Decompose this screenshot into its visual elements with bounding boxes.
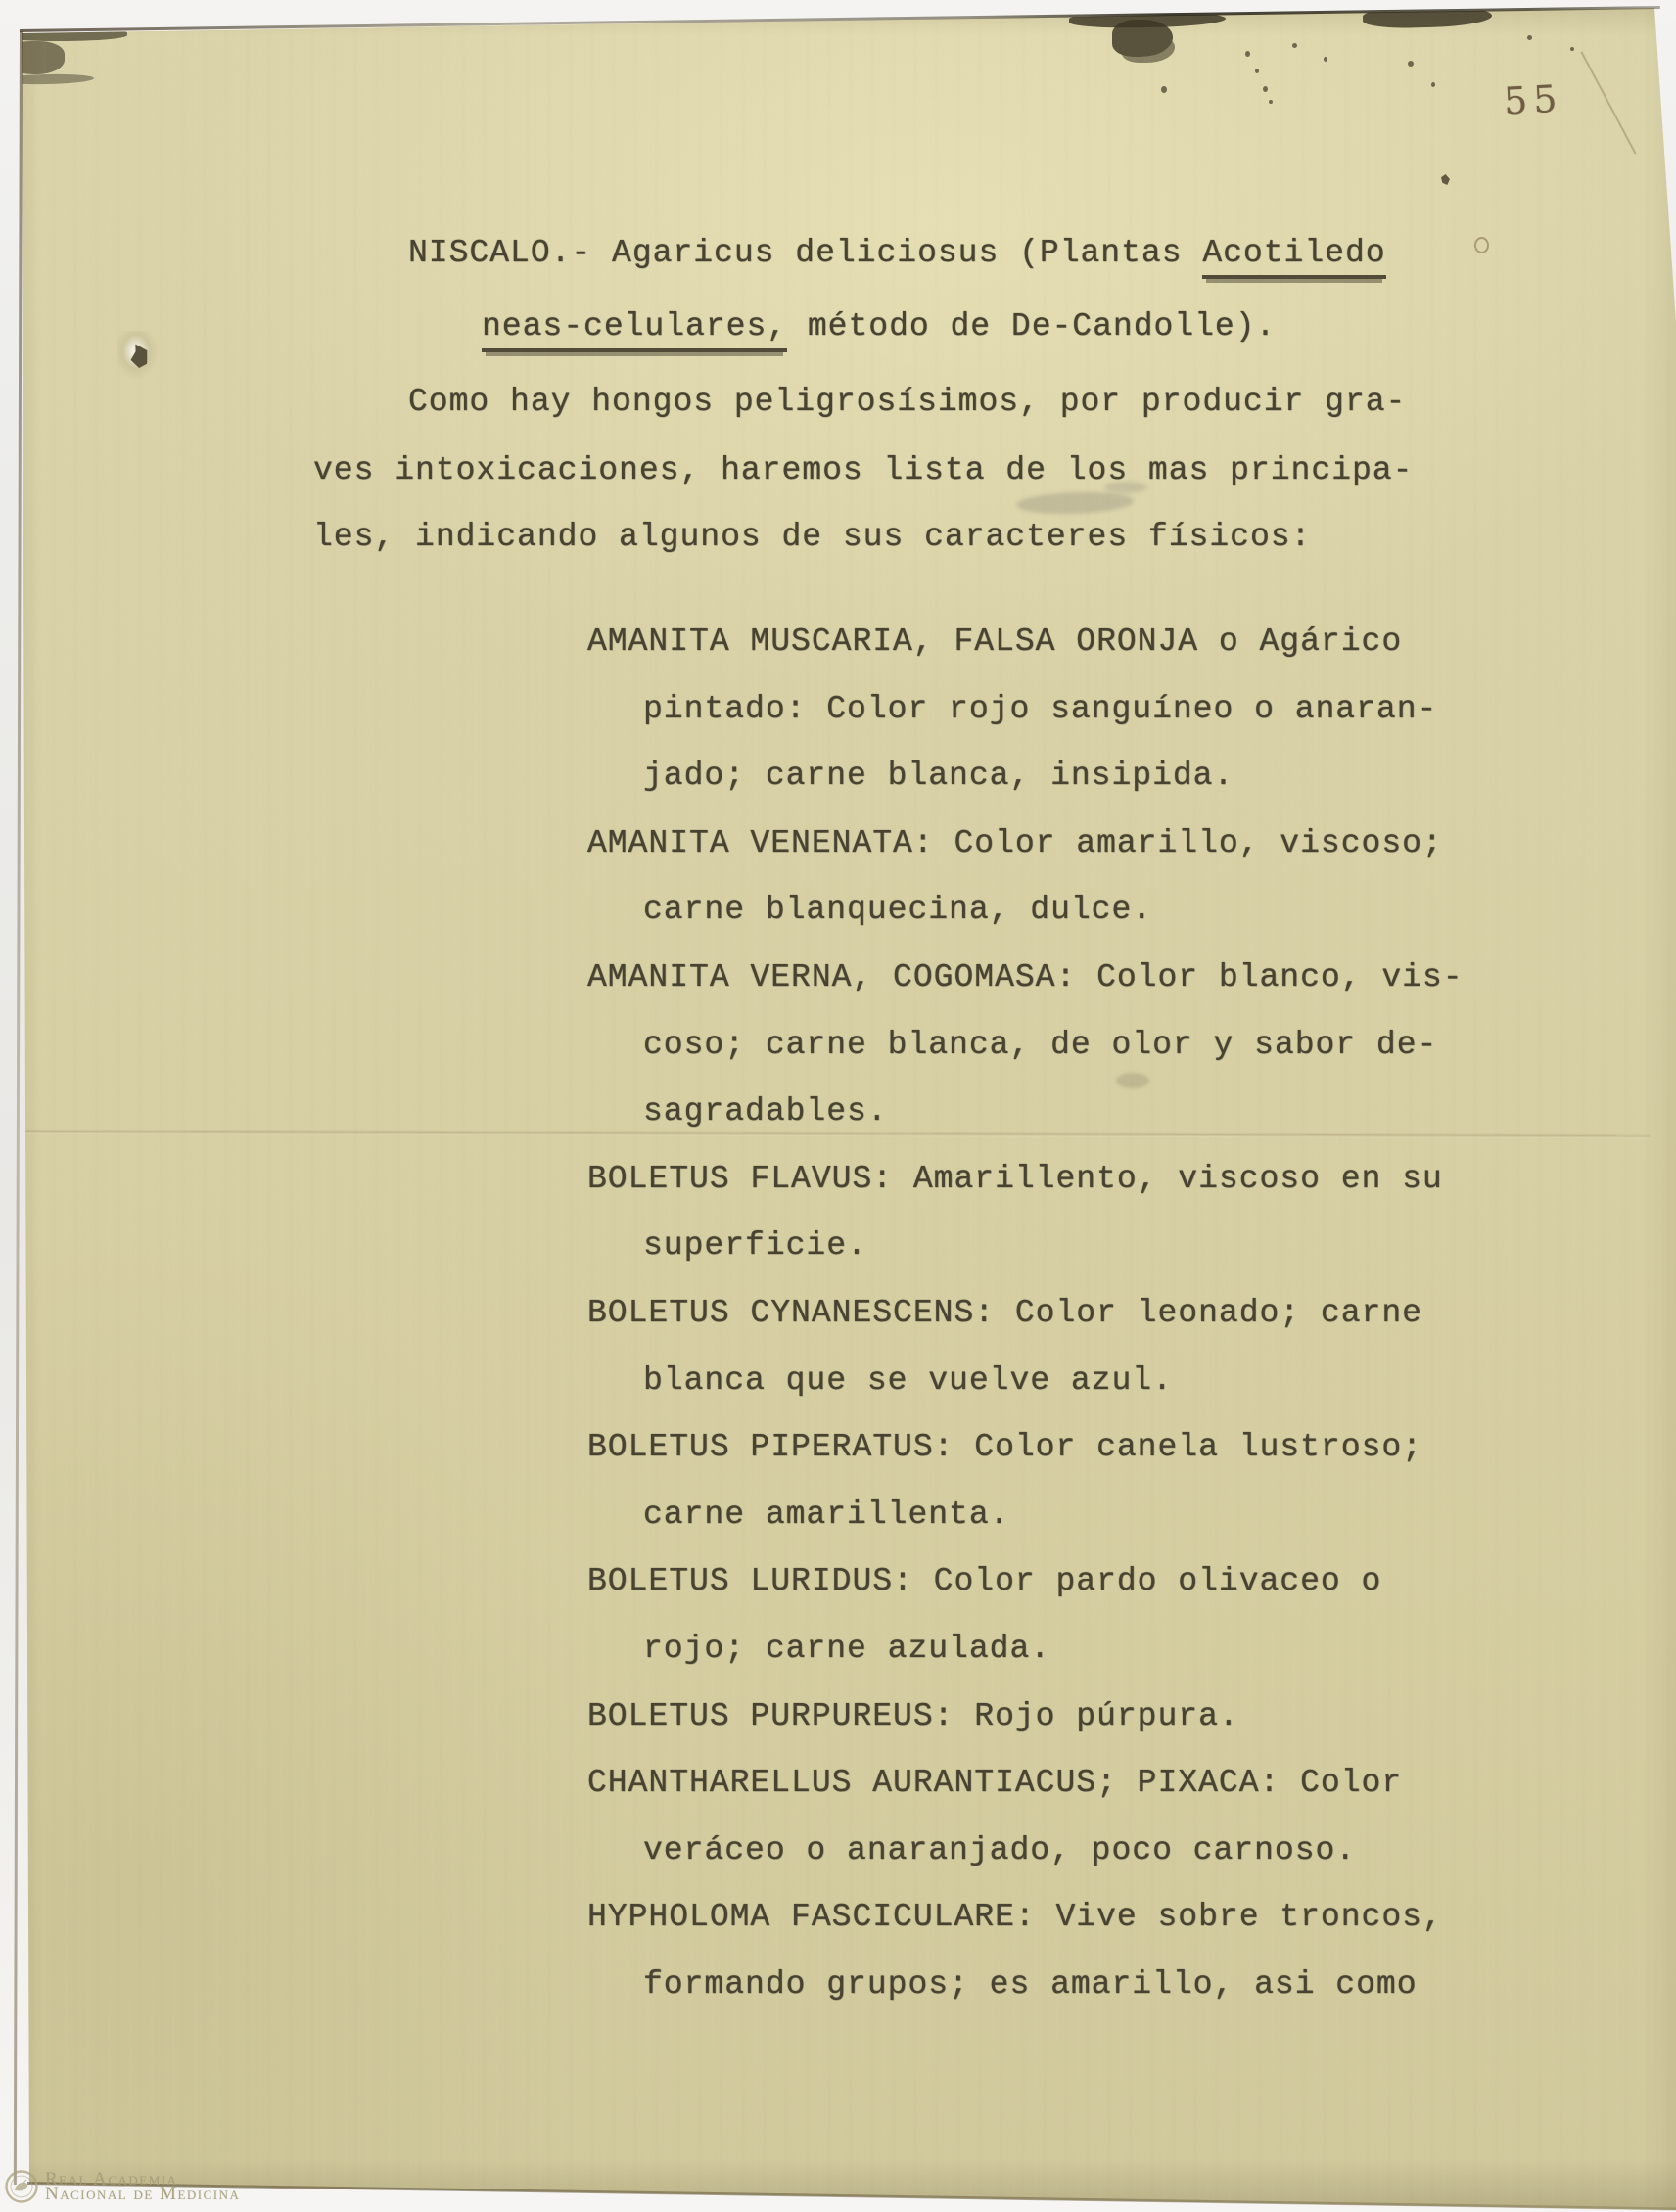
typed-line: rojo; carne azulada.: [643, 1630, 1050, 1669]
typed-line: jado; carne blanca, insipida.: [643, 757, 1234, 796]
typed-line: Como hay hongos peligrosísimos, por prod…: [408, 383, 1406, 422]
ink-speck: [394, 6, 398, 10]
underlined-term: Acotiledo: [1202, 235, 1385, 279]
typed-line: BOLETUS LURIDUS: Color pardo olivaceo o: [587, 1562, 1381, 1601]
library-stamp: Real Academia Nacional de Medicina: [4, 2169, 240, 2204]
typed-line: AMANITA VERNA, COGOMASA: Color blanco, v…: [587, 958, 1464, 997]
typed-line: superficie.: [643, 1226, 867, 1266]
typed-line: HYPHOLOMA FASCICULARE: Vive sobre tronco…: [587, 1898, 1443, 1937]
typed-line: AMANITA VENENATA: Color amarillo, viscos…: [587, 824, 1443, 863]
typed-line: NISCALO.- Agaricus deliciosus (Plantas A…: [408, 234, 1386, 273]
academy-seal-icon: [4, 2169, 39, 2204]
typed-line: coso; carne blanca, de olor y sabor de-: [643, 1026, 1437, 1065]
typed-text-layer: NISCALO.- Agaricus deliciosus (Plantas A…: [0, 0, 1676, 2212]
typed-line: blanca que se vuelve azul.: [643, 1361, 1173, 1401]
typed-line: BOLETUS PIPERATUS: Color canela lustroso…: [587, 1428, 1422, 1467]
typed-line: les, indicando algunos de sus caracteres…: [313, 518, 1311, 557]
typed-line: sagradables.: [643, 1092, 888, 1131]
typed-line: formando grupos; es amarillo, asi como: [643, 1965, 1418, 2005]
typed-line: BOLETUS PURPUREUS: Rojo púrpura.: [587, 1697, 1239, 1736]
ink-speck: [349, 2, 355, 8]
paper-left-edge: [14, 31, 23, 2185]
typed-line: CHANTHARELLUS AURANTIACUS; PIXACA: Color: [587, 1764, 1402, 1803]
typed-line: pintado: Color rojo sanguíneo o anaran-: [643, 690, 1437, 729]
ink-drip: [0, 0, 16, 30]
scanned-typewritten-page: NISCALO.- Agaricus deliciosus (Plantas A…: [0, 0, 1676, 2212]
typed-line: BOLETUS FLAVUS: Amarillento, viscoso en …: [587, 1160, 1443, 1199]
typed-line: carne amarillenta.: [643, 1496, 1009, 1535]
underlined-term: neas-celulares,: [482, 308, 787, 352]
typed-line: veráceo o anaranjado, poco carnoso.: [643, 1831, 1356, 1870]
typed-line: BOLETUS CYNANESCENS: Color leonado; carn…: [587, 1294, 1422, 1333]
typed-line: AMANITA MUSCARIA, FALSA ORONJA o Agárico: [587, 622, 1402, 662]
typed-line: ves intoxicaciones, haremos lista de los…: [313, 451, 1413, 490]
paper-sheet: NISCALO.- Agaricus deliciosus (Plantas A…: [0, 0, 1676, 2212]
typed-line: neas-celulares, método de De-Candolle).: [482, 307, 1276, 346]
stamp-line2: Nacional de Medicina: [45, 2188, 240, 2201]
page-number: 55: [1503, 76, 1564, 122]
typed-line: carne blanquecina, dulce.: [643, 891, 1152, 930]
